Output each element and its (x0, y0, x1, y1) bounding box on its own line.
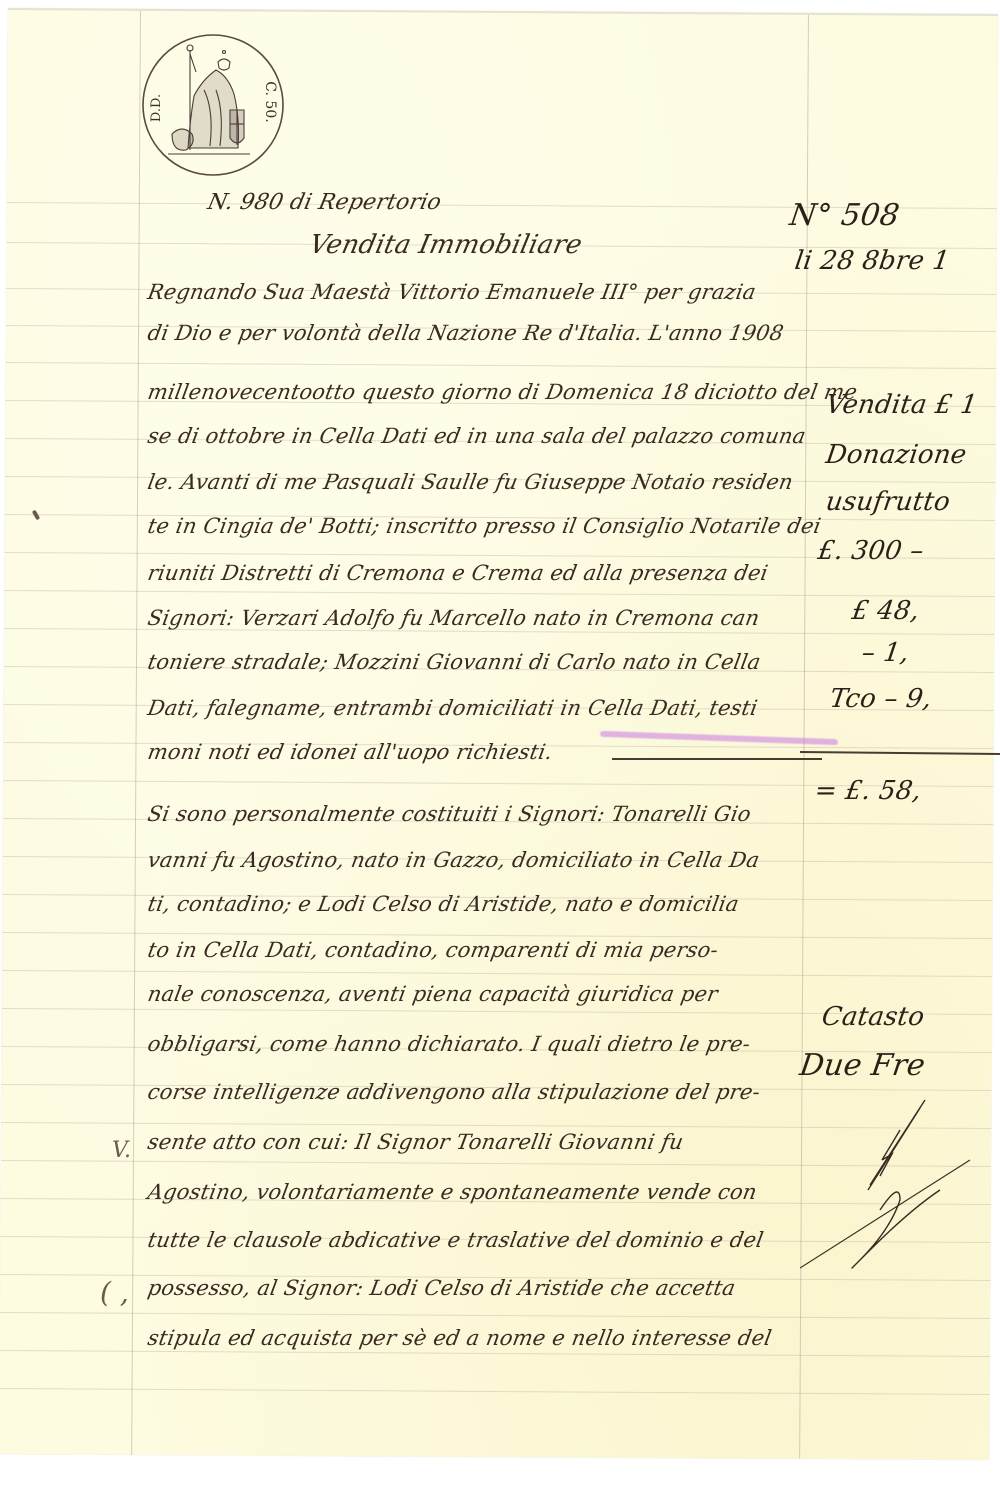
body-line: se di ottobre in Cella Dati ed in una sa… (146, 424, 808, 448)
document-title: Vendita Immobiliare (307, 230, 585, 260)
margin-mark-paren: ( , (100, 1276, 129, 1309)
ruled-line (0, 1312, 990, 1319)
second-note: Due Fre (798, 1048, 928, 1083)
line-filler-dash (612, 758, 822, 760)
body-line: millenovecentootto questo giorno di Dome… (146, 380, 859, 404)
stamp-left-text: D.D. (149, 94, 164, 122)
ruled-line (6, 362, 996, 369)
body-line: te in Cingia de' Botti; inscritto presso… (146, 514, 823, 538)
registration-date: li 28 8bre 1 (793, 246, 952, 276)
body-line: corse intelligenze addivengono alla stip… (146, 1080, 762, 1104)
body-line: to in Cella Dati, contadino, comparenti … (146, 938, 720, 962)
body-line: Agostino, volontariamente e spontaneamen… (146, 1180, 759, 1204)
body-line: vanni fu Agostino, nato in Gazzo, domici… (146, 848, 762, 872)
body-line: sente atto con cui: Il Signor Tonarelli … (146, 1130, 686, 1154)
body-line: Regnando Sua Maestà Vittorio Emanuele II… (146, 280, 758, 304)
revenue-stamp: D.D. C. 50. (138, 30, 288, 180)
body-line: moni noti ed idonei all'uopo richiesti. (146, 740, 555, 764)
fee-item-1: – 1, (860, 638, 911, 668)
repertorio-number: N. 980 di Repertorio (205, 190, 443, 215)
ruled-line (2, 970, 992, 977)
body-line: ti, contadino; e Lodi Celso di Aristide,… (146, 892, 741, 916)
body-line: tutte le clausole abdicative e traslativ… (146, 1228, 766, 1252)
body-line: Dati, falegname, entrambi domiciliati in… (146, 696, 760, 720)
registration-number: N° 508 (788, 198, 902, 233)
catasto-note: Catasto (820, 1002, 926, 1032)
fee-item-300: £. 300 – (816, 536, 926, 566)
fee-item-usufrutto: usufrutto (824, 487, 952, 517)
stamp-value: C. 50. (262, 81, 278, 122)
body-line: Signori: Verzari Adolfo fu Marcello nato… (146, 606, 762, 630)
ruled-line (0, 1388, 990, 1395)
body-line: stipula ed acquista per sè ed a nome e n… (146, 1326, 774, 1350)
ruled-line (0, 1350, 990, 1357)
fee-total: = £. 58, (813, 776, 923, 806)
stamp-emblem-icon: D.D. C. 50. (138, 30, 288, 180)
fee-item-tco: Tco – 9, (828, 684, 934, 714)
body-line: Si sono personalmente costituiti i Signo… (146, 802, 753, 826)
left-margin-line (131, 11, 141, 1455)
body-line: toniere stradale; Mozzini Giovanni di Ca… (146, 650, 763, 674)
signature-icon (800, 1090, 1000, 1270)
body-line: obbligarsi, come hanno dichiarato. I qua… (146, 1032, 752, 1056)
fee-item-48: £ 48, (850, 596, 921, 626)
body-line: possesso, al Signor: Lodi Celso di Arist… (146, 1276, 737, 1300)
body-line: di Dio e per volontà della Nazione Re d'… (146, 321, 786, 345)
body-line: riuniti Distretti di Cremona e Crema ed … (146, 561, 770, 585)
ruled-line (4, 590, 994, 597)
body-line: nale conoscenza, aventi piena capacità g… (146, 982, 720, 1006)
body-line: le. Avanti di me Pasquali Saulle fu Gius… (146, 470, 795, 494)
fee-item-donazione: Donazione (824, 440, 969, 470)
margin-mark-v: V. (112, 1138, 131, 1163)
